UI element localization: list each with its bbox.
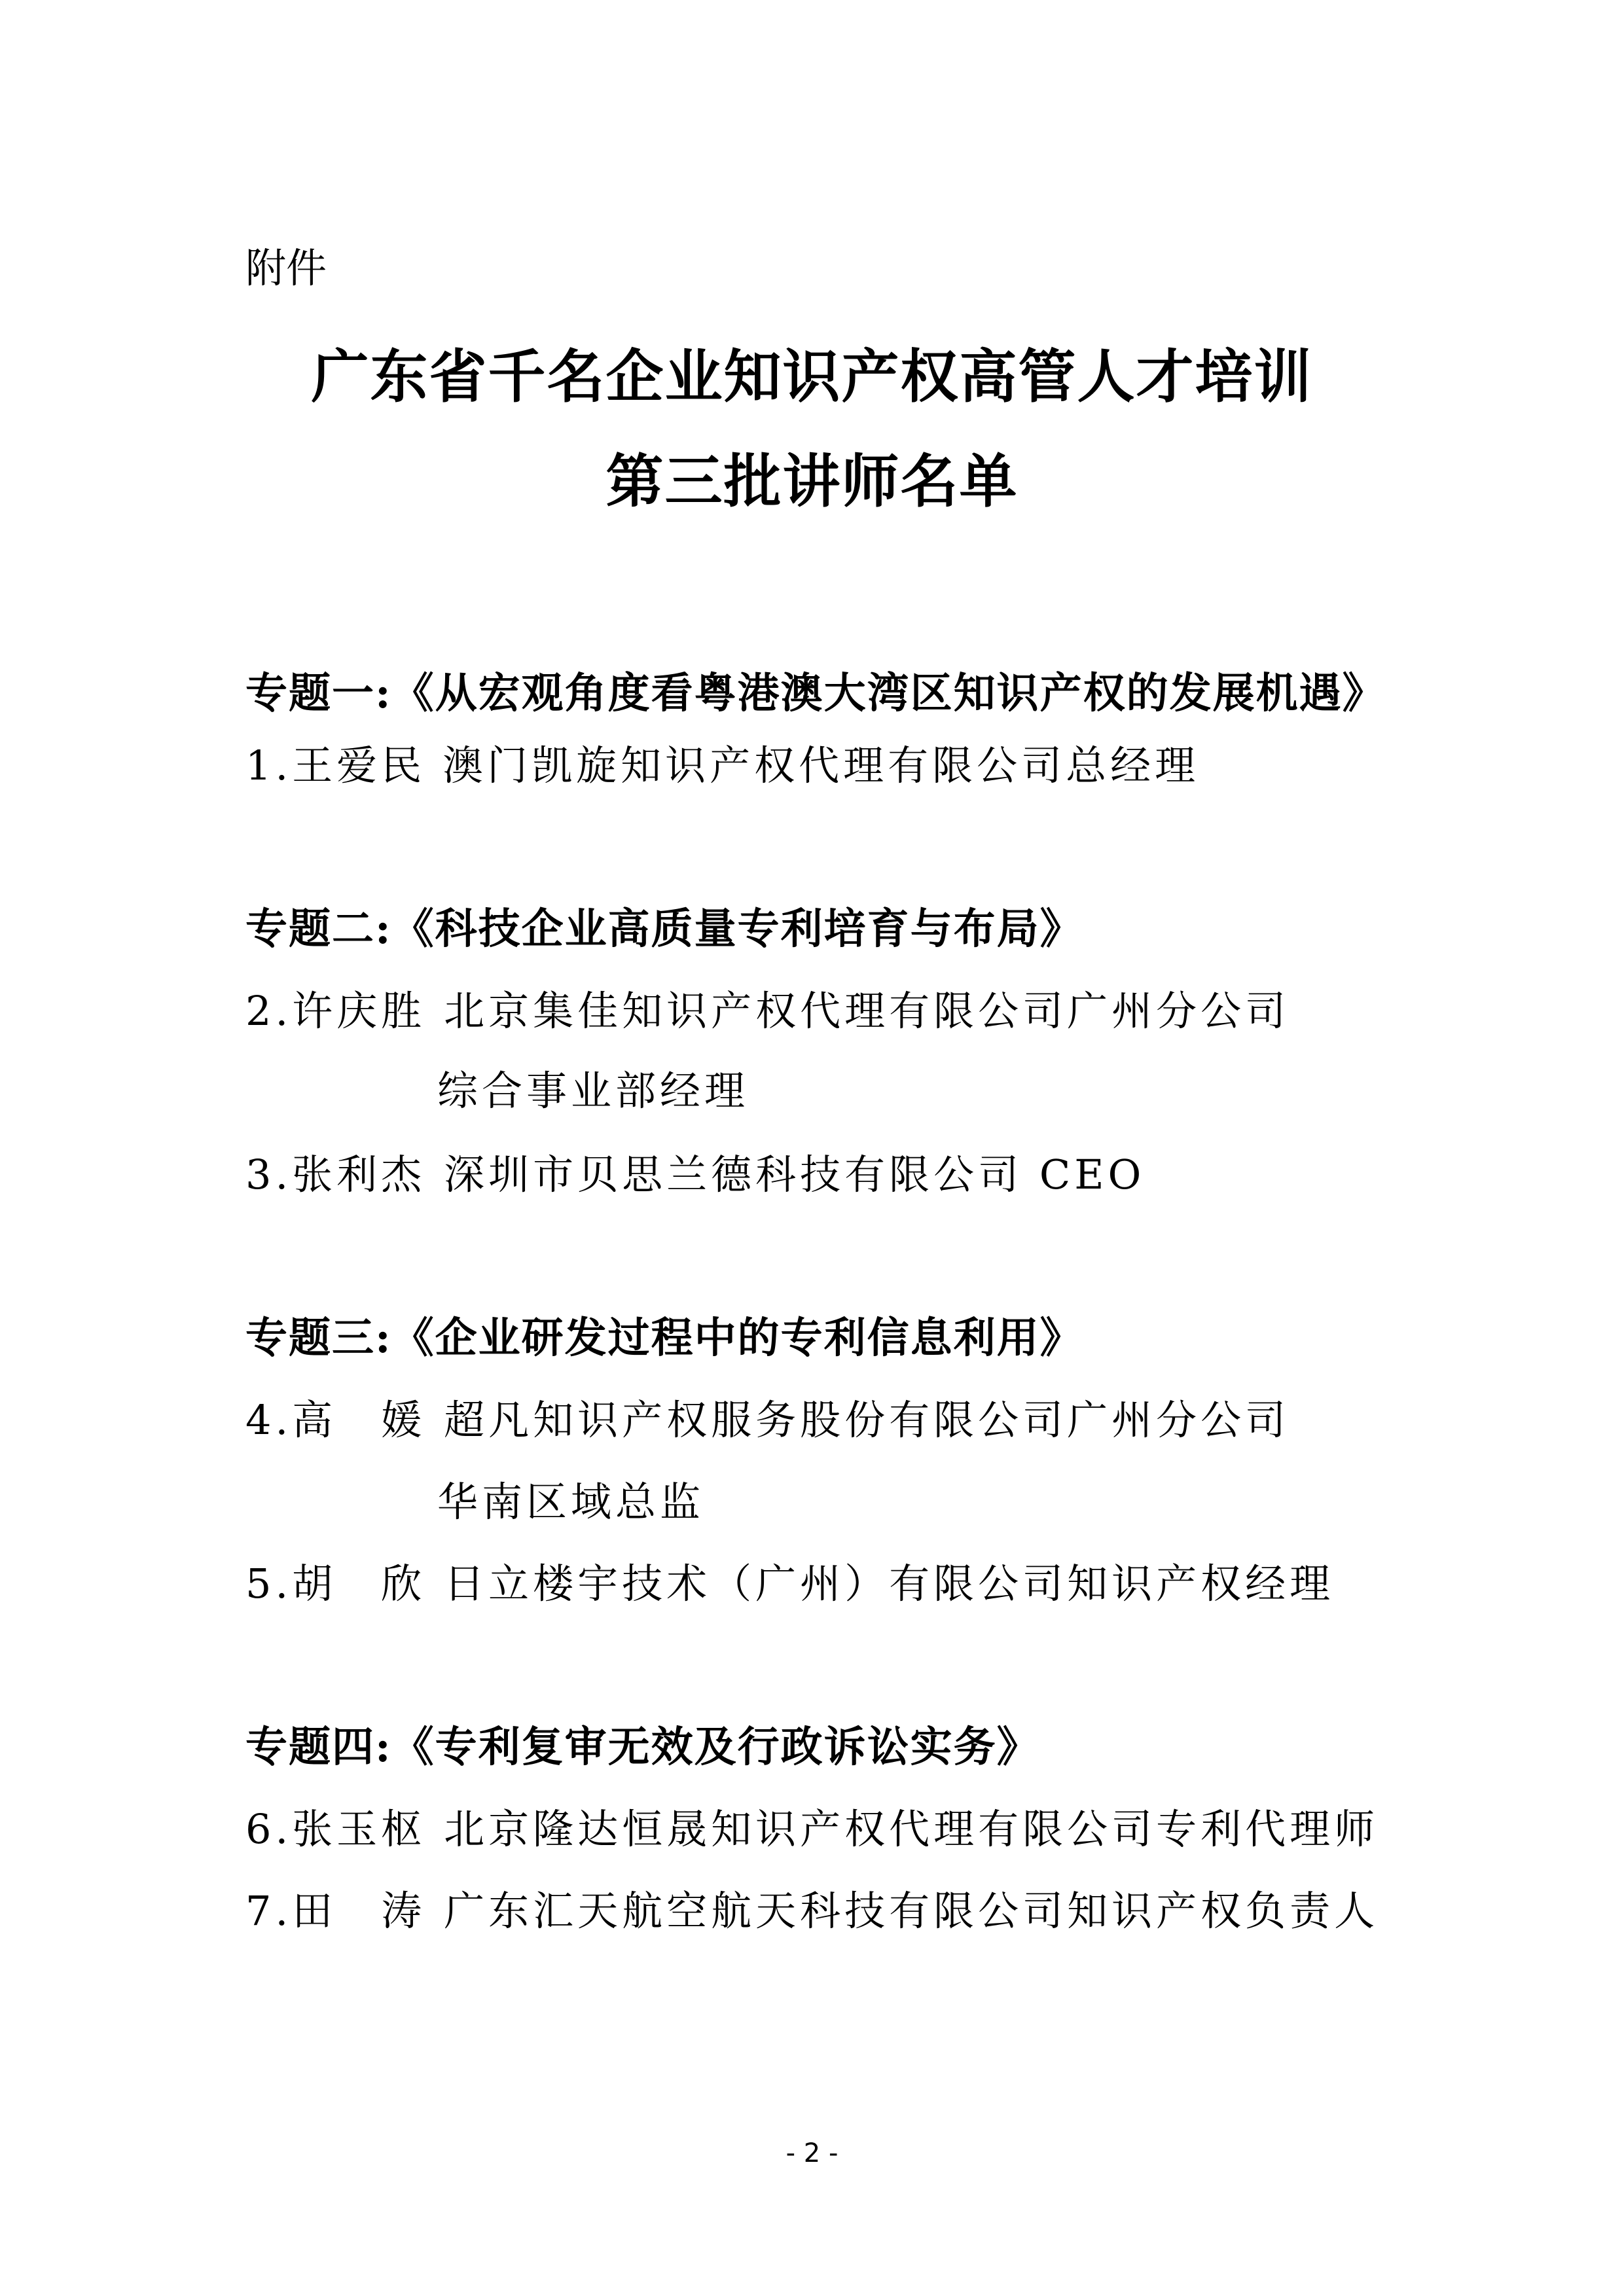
lecturer-organization: 超凡知识产权服务股份有限公司广州分公司 <box>444 1393 1290 1448</box>
lecturer-number: 1. <box>245 738 292 793</box>
lecturer-number: 7. <box>245 1884 292 1939</box>
lecturer-organization: 深圳市贝思兰德科技有限公司 CEO <box>444 1147 1145 1202</box>
lecturer-row-3: 3. 张利杰深圳市贝思兰德科技有限公司 CEO <box>245 1147 1145 1202</box>
lecturer-row-1: 1.王爱民澳门凯旋知识产权代理有限公司总经理 <box>245 738 1199 793</box>
topic-heading-3: 专题三:《企业研发过程中的专利信息利用》 <box>245 1311 1083 1366</box>
page-number: - 2 - <box>0 2135 1624 2172</box>
topic-heading-1: 专题一:《从宏观角度看粤港澳大湾区知识产权的发展机遇》 <box>245 666 1386 721</box>
lecturer-name: 许庆胜 <box>292 984 444 1039</box>
lecturer-name: 张利杰 <box>292 1147 444 1202</box>
lecturer-number: 6. <box>245 1802 292 1857</box>
lecturer-number: 3. <box>245 1147 292 1202</box>
attachment-label: 附件 <box>245 242 327 295</box>
topic-heading-4: 专题四:《专利复审无效及行政诉讼实务》 <box>245 1720 1040 1775</box>
lecturer-row-4-continuation: 华南区域总监 <box>437 1475 704 1530</box>
lecturer-name: 田 涛 <box>292 1884 444 1939</box>
lecturer-number: 2. <box>245 984 292 1039</box>
lecturer-row-2-continuation: 综合事业部经理 <box>437 1064 749 1119</box>
lecturer-organization: 广东汇天航空航天科技有限公司知识产权负责人 <box>444 1884 1379 1939</box>
lecturer-number: 5. <box>245 1556 292 1611</box>
lecturer-organization: 日立楼宇技术（广州）有限公司知识产权经理 <box>444 1556 1334 1611</box>
lecturer-row-7: 7. 田 涛广东汇天航空航天科技有限公司知识产权负责人 <box>245 1884 1379 1939</box>
lecturer-organization: 北京集佳知识产权代理有限公司广州分公司 <box>444 984 1290 1039</box>
lecturer-row-4: 4. 高 媛超凡知识产权服务股份有限公司广州分公司 <box>245 1393 1290 1448</box>
lecturer-name: 高 媛 <box>292 1393 444 1448</box>
lecturer-name: 王爱民 <box>292 738 442 793</box>
page-title-line-2: 第三批讲师名单 <box>0 445 1624 517</box>
topic-heading-2: 专题二:《科技企业高质量专利培育与布局》 <box>245 902 1083 957</box>
lecturer-organization: 北京隆达恒晟知识产权代理有限公司专利代理师 <box>444 1802 1379 1857</box>
lecturer-row-2: 2. 许庆胜北京集佳知识产权代理有限公司广州分公司 <box>245 984 1290 1039</box>
lecturer-number: 4. <box>245 1393 292 1448</box>
page-title-line-1: 广东省千名企业知识产权高管人才培训 <box>0 340 1624 412</box>
lecturer-name: 胡 欣 <box>292 1556 444 1611</box>
lecturer-row-6: 6. 张玉枢北京隆达恒晟知识产权代理有限公司专利代理师 <box>245 1802 1379 1857</box>
lecturer-row-5: 5. 胡 欣日立楼宇技术（广州）有限公司知识产权经理 <box>245 1556 1334 1611</box>
lecturer-organization: 澳门凯旋知识产权代理有限公司总经理 <box>442 738 1199 793</box>
lecturer-name: 张玉枢 <box>292 1802 444 1857</box>
